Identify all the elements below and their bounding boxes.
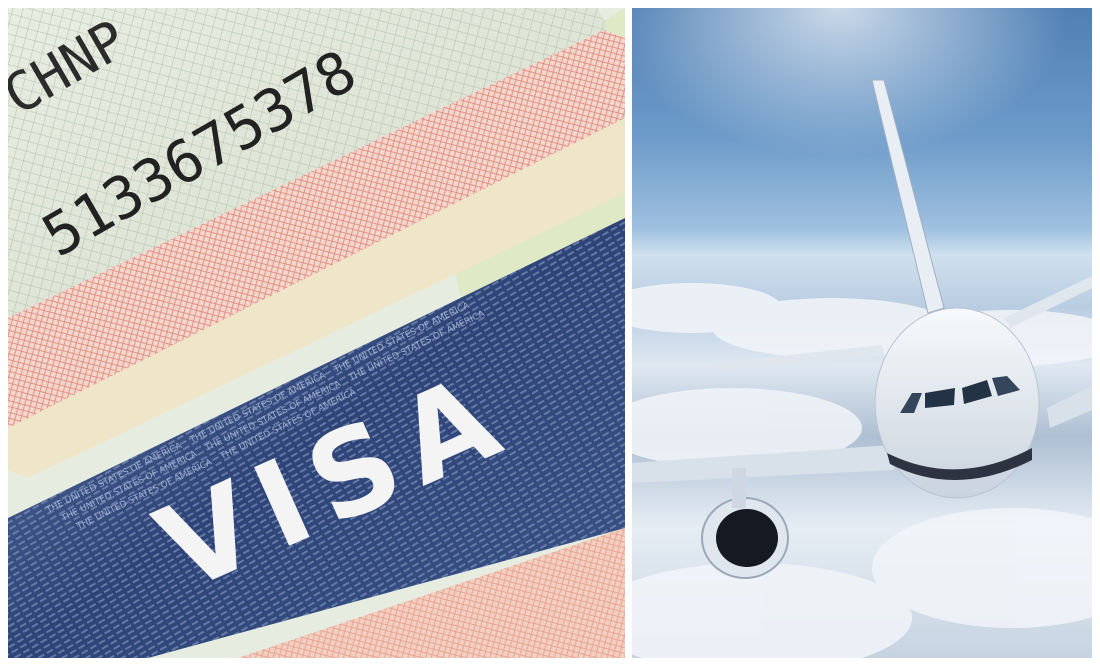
passport-visa-illustration: CHNP 5133675378 VISA THE UNITED STATES O… xyxy=(8,8,625,658)
airplane-illustration xyxy=(632,8,1092,658)
airplane-photo xyxy=(632,8,1092,658)
passport-visa-photo: CHNP 5133675378 VISA THE UNITED STATES O… xyxy=(8,8,625,658)
